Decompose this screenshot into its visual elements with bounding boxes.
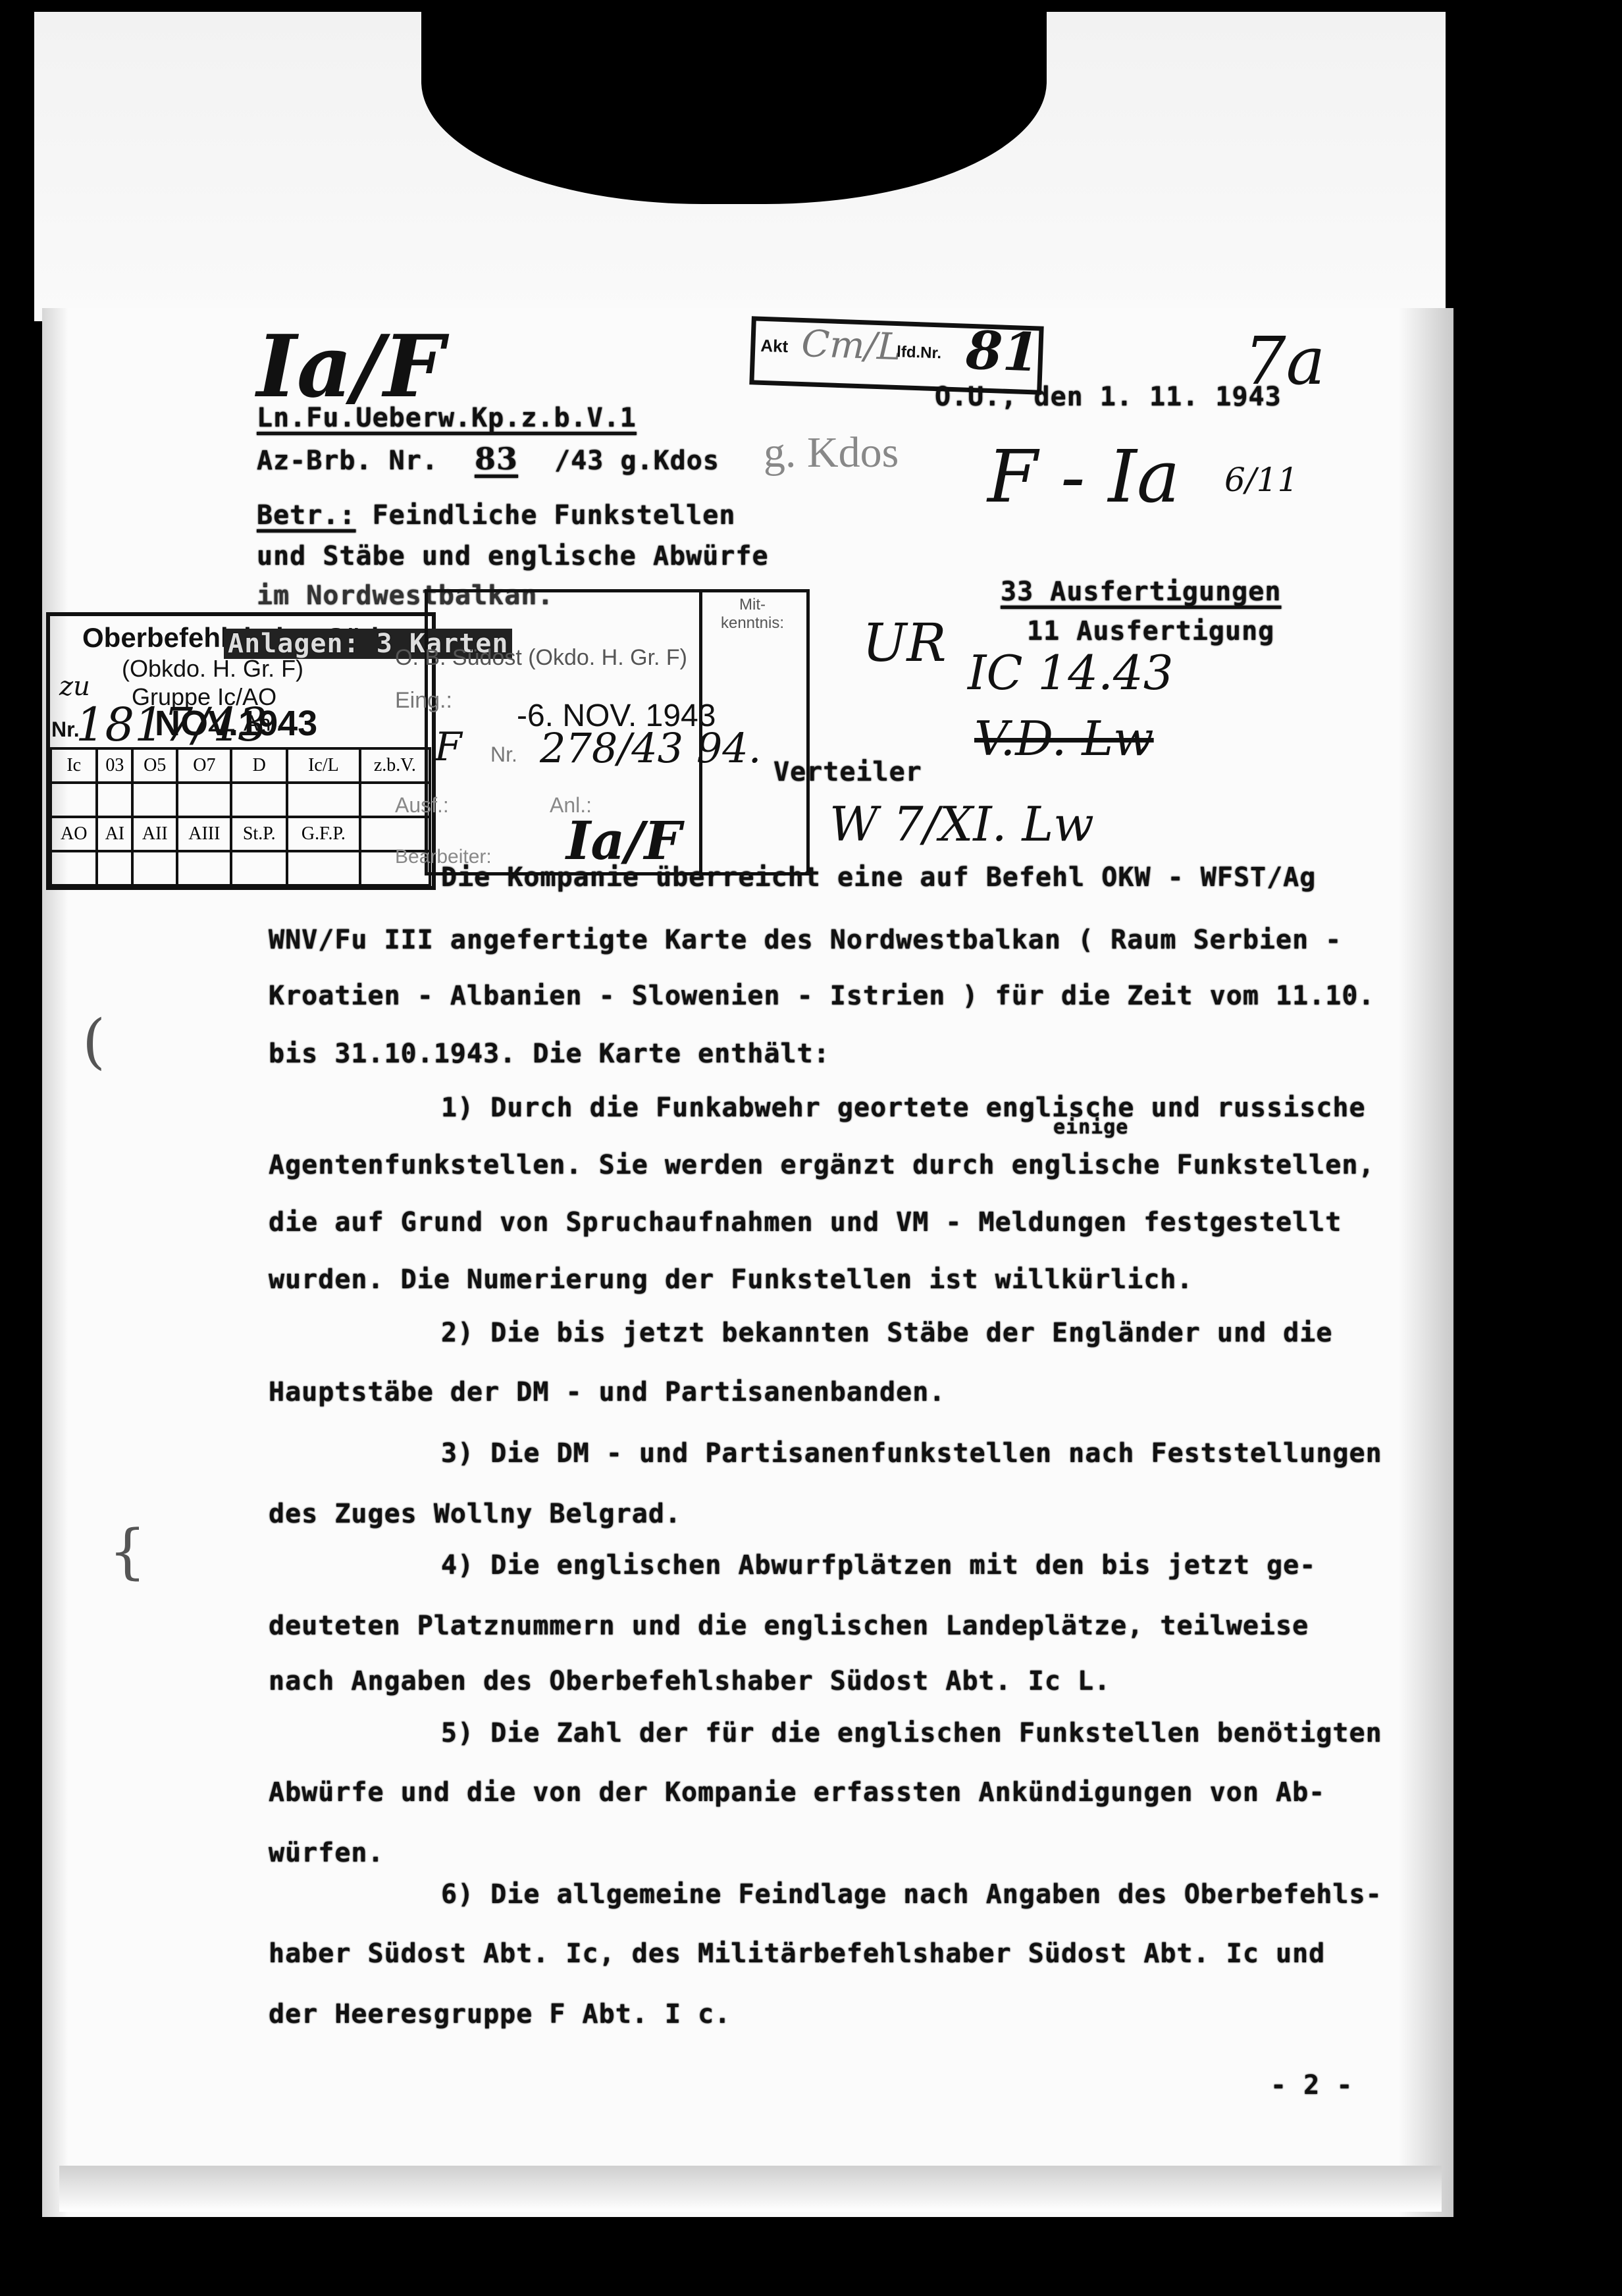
page-continuation: - 2 - [1270, 2070, 1353, 2100]
grid-cell [51, 783, 97, 817]
body-line: Hauptstäbe der DM - und Partisanenbanden… [269, 1377, 945, 1407]
grid-cell [97, 783, 132, 817]
grid-cell [177, 783, 231, 817]
routing-note: F - Ia [987, 434, 1180, 519]
grid-cell: AO [51, 817, 97, 851]
place-date: O.U., den 1. 11. 1943 [935, 382, 1282, 412]
grid-cell: D [231, 748, 287, 783]
margin-brace-mark: { [109, 1517, 146, 1586]
body-line: WNV/Fu III angefertigte Karte des Nordwe… [269, 925, 1342, 955]
akt-label: Akt [760, 336, 789, 357]
grid-cell [132, 851, 177, 885]
stamp-obsudost-anl: Anl. [244, 711, 282, 737]
body-line: nach Angaben des Oberbefehlshaber Südost… [269, 1666, 1111, 1696]
body-line: 5) Die Zahl der für die englischen Funks… [441, 1718, 1382, 1748]
akt-value: Cm/L [800, 323, 902, 369]
classification-stamp: g. Kdos [764, 428, 899, 478]
grid-cell: AI [97, 817, 132, 851]
grid-cell: AII [132, 817, 177, 851]
subject-text-1: Feindliche Funkstellen [373, 500, 736, 531]
grid-cell: z.b.V. [360, 748, 430, 783]
body-line: der Heeresgruppe F Abt. I c. [269, 1999, 731, 2029]
stamp-mitkenntnis: Mit-kenntnis: [710, 596, 795, 633]
body-line: Abwürfe und die von der Kompanie erfasst… [269, 1777, 1325, 1808]
body-line: Agentenfunkstellen. Sie werden ergänzt d… [269, 1150, 1375, 1180]
grid-cell [287, 783, 360, 817]
reference-number: 83 [455, 441, 538, 477]
body-line: 2) Die bis jetzt bekannten Stäbe der Eng… [441, 1318, 1332, 1348]
routing-row [51, 851, 430, 885]
grid-cell [51, 851, 97, 885]
grid-cell [97, 851, 132, 885]
verteiler-note: W 7/XI. Lw [829, 796, 1094, 852]
distribution-note: IC 14.43 [968, 645, 1174, 700]
grid-cell [132, 783, 177, 817]
stamp-obsudost-line2: (Obkdo. H. Gr. F) [122, 655, 303, 683]
grid-cell: O5 [132, 748, 177, 783]
reference-suffix: /43 g.Kdos [554, 446, 719, 476]
reference-prefix: Az-Brb. Nr. [257, 446, 438, 476]
stamp-eingang-dept: F [434, 724, 462, 770]
stamp-obsudost-date: NOV.1943 [155, 703, 317, 744]
margin-bracket-mark: ( [82, 1007, 105, 1076]
stamp-eingang-nr-label: Nr. [490, 743, 517, 767]
body-line: Die Kompanie überreicht eine auf Befehl … [441, 862, 1316, 893]
margin-initials: UR [862, 612, 947, 673]
body-line: 1) Durch die Funkabwehr geortete englisc… [441, 1093, 1366, 1123]
body-line: 3) Die DM - und Partisanenfunkstellen na… [441, 1438, 1382, 1469]
subject-line-2: und Stäbe und englische Abwürfe [257, 541, 769, 571]
routing-initials: 6/11 [1224, 461, 1298, 499]
subject-label: Betr.: [257, 500, 356, 531]
grid-cell: 03 [97, 748, 132, 783]
body-line: die auf Grund von Spruchaufnahmen und VM… [269, 1207, 1342, 1238]
paper-bottom-edge [59, 2166, 1442, 2212]
copy-number: 11 Ausfertigung [1027, 616, 1274, 646]
body-line: des Zuges Wollny Belgrad. [269, 1499, 681, 1529]
routing-row [51, 783, 430, 817]
handwritten-ia-f: Ia/F [257, 316, 444, 417]
grid-cell [177, 851, 231, 885]
stamp-eingang-line1: O. B. Südost (Okdo. H. Gr. F) [395, 645, 687, 671]
sender-unit: Ln.Fu.Ueberw.Kp.z.b.V.1 [257, 403, 637, 433]
grid-cell [231, 851, 287, 885]
body-line: 6) Die allgemeine Feindlage nach Angaben… [441, 1879, 1382, 1910]
grid-cell: Ic [51, 748, 97, 783]
routing-row: AO AI AII AIII St.P. G.F.P. [51, 817, 430, 851]
body-line: 4) Die englischen Abwurfplätzen mit den … [441, 1550, 1316, 1580]
grid-cell [231, 783, 287, 817]
grid-cell: Ic/L [287, 748, 360, 783]
grid-cell: O7 [177, 748, 231, 783]
lfd-nr-value: 81 [965, 319, 1041, 384]
body-line: deuteten Platznummern und die englischen… [269, 1611, 1309, 1641]
body-line: wurden. Die Numerierung der Funkstellen … [269, 1265, 1193, 1295]
stamp-eingang-nr: 278/43 94. [540, 724, 761, 772]
grid-cell: St.P. [231, 817, 287, 851]
grid-cell [287, 851, 360, 885]
stamp-ausf-label: Ausf.: [395, 793, 449, 818]
inserted-word: einige [1053, 1116, 1128, 1139]
routing-grid: Ic 03 O5 O7 D Ic/L z.b.V. AO AI AII AIII… [49, 747, 431, 887]
body-line: Kroatien - Albanien - Slowenien - Istrie… [269, 981, 1375, 1011]
distribution-note-2: V.D. Lw [974, 711, 1154, 766]
grid-cell: AIII [177, 817, 231, 851]
stamp-eingang-label: Eing.: [395, 688, 452, 714]
grid-cell: G.F.P. [287, 817, 360, 851]
subject-line-1: Betr.: Feindliche Funkstellen [257, 500, 735, 531]
body-line: haber Südost Abt. Ic, des Militärbefehls… [269, 1939, 1325, 1969]
lfd-nr-label: lfd.Nr. [897, 343, 942, 363]
routing-row: Ic 03 O5 O7 D Ic/L z.b.V. [51, 748, 430, 783]
reference-line: Az-Brb. Nr. 83 /43 g.Kdos [257, 441, 719, 477]
copies-total: 33 Ausfertigungen [1001, 577, 1281, 607]
body-line: würfen. [269, 1838, 384, 1868]
body-line: bis 31.10.1943. Die Karte enthält: [269, 1039, 830, 1069]
